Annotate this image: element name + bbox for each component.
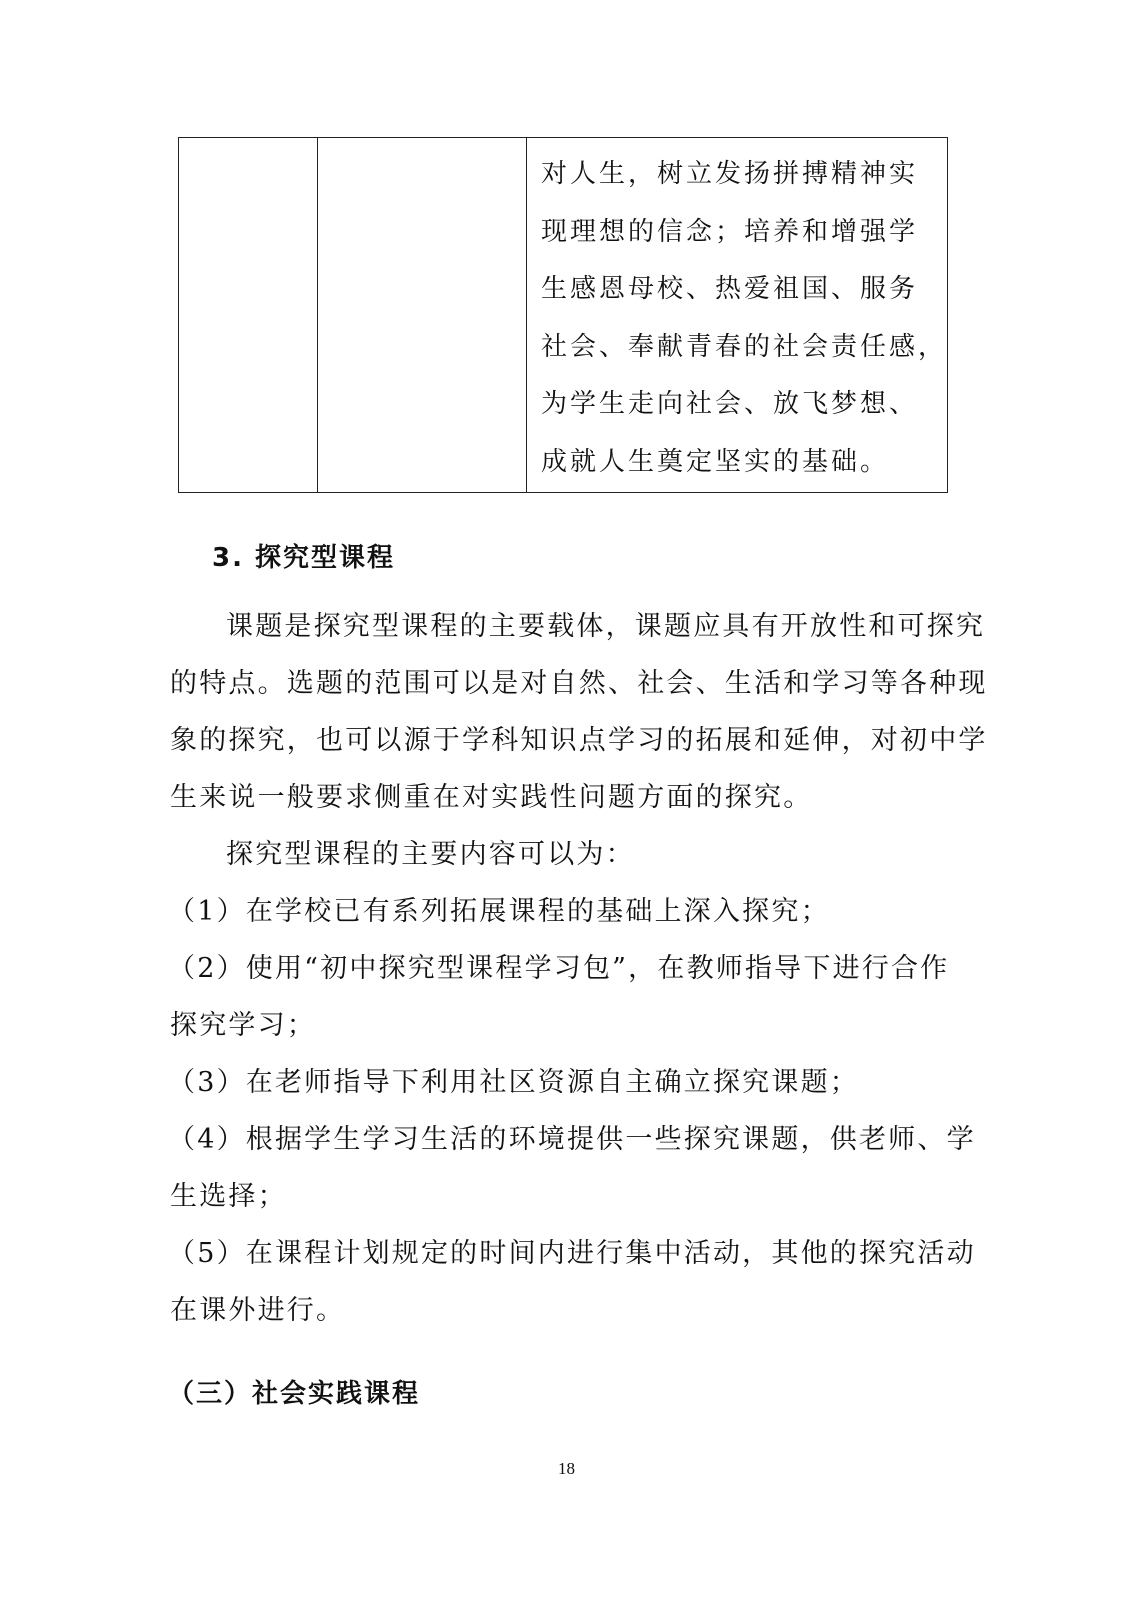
document-page: 对人生，树立发扬拼搏精神实 现理想的信念；培养和增强学 生感恩母校、热爱祖国、服…	[0, 0, 1131, 1600]
paragraph-line: 课题是探究型课程的主要载体，课题应具有开放性和可探究	[226, 610, 985, 644]
list-item-3: （3）在老师指导下利用社区资源自主确立探究课题；	[168, 1066, 859, 1100]
list-item-4: （4）根据学生学习生活的环境提供一些探究课题，供老师、学	[168, 1123, 976, 1157]
table-cell-col1	[179, 138, 318, 492]
table-cell-line: 生感恩母校、热爱祖国、服务	[541, 261, 947, 319]
paragraph-line: 的特点。选题的范围可以是对自然、社会、生活和学习等各种现	[170, 667, 988, 701]
content-intro: 探究型课程的主要内容可以为：	[226, 838, 635, 872]
table-cell-col3: 对人生，树立发扬拼搏精神实 现理想的信念；培养和增强学 生感恩母校、热爱祖国、服…	[527, 138, 947, 492]
table-cell-col2	[318, 138, 527, 492]
list-item-2-cont: 探究学习；	[170, 1009, 316, 1043]
list-item-4-cont: 生选择；	[170, 1180, 287, 1214]
list-item-1: （1）在学校已有系列拓展课程的基础上深入探究；	[168, 895, 830, 929]
paragraph-line: 象的探究，也可以源于学科知识点学习的拓展和延伸，对初中学	[170, 724, 988, 758]
list-item-5-cont: 在课外进行。	[170, 1294, 345, 1328]
table-cell-line: 对人生，树立发扬拼搏精神实	[541, 146, 947, 204]
table-cell-line: 现理想的信念；培养和增强学	[541, 204, 947, 262]
table-cell-line: 为学生走向社会、放飞梦想、	[541, 376, 947, 434]
next-section-heading: （三）社会实践课程	[168, 1377, 420, 1411]
list-item-5: （5）在课程计划规定的时间内进行集中活动，其他的探究活动	[168, 1237, 976, 1271]
section-heading: 3. 探究型课程	[212, 541, 395, 575]
page-number: 18	[0, 1459, 1131, 1479]
table-continuation: 对人生，树立发扬拼搏精神实 现理想的信念；培养和增强学 生感恩母校、热爱祖国、服…	[178, 137, 948, 493]
table-cell-line: 成就人生奠定坚实的基础。	[541, 434, 947, 492]
paragraph-line: 生来说一般要求侧重在对实践性问题方面的探究。	[170, 781, 812, 815]
table-cell-line: 社会、奉献青春的社会责任感，	[541, 319, 947, 377]
list-item-2: （2）使用“初中探究型课程学习包”，在教师指导下进行合作	[168, 952, 949, 986]
